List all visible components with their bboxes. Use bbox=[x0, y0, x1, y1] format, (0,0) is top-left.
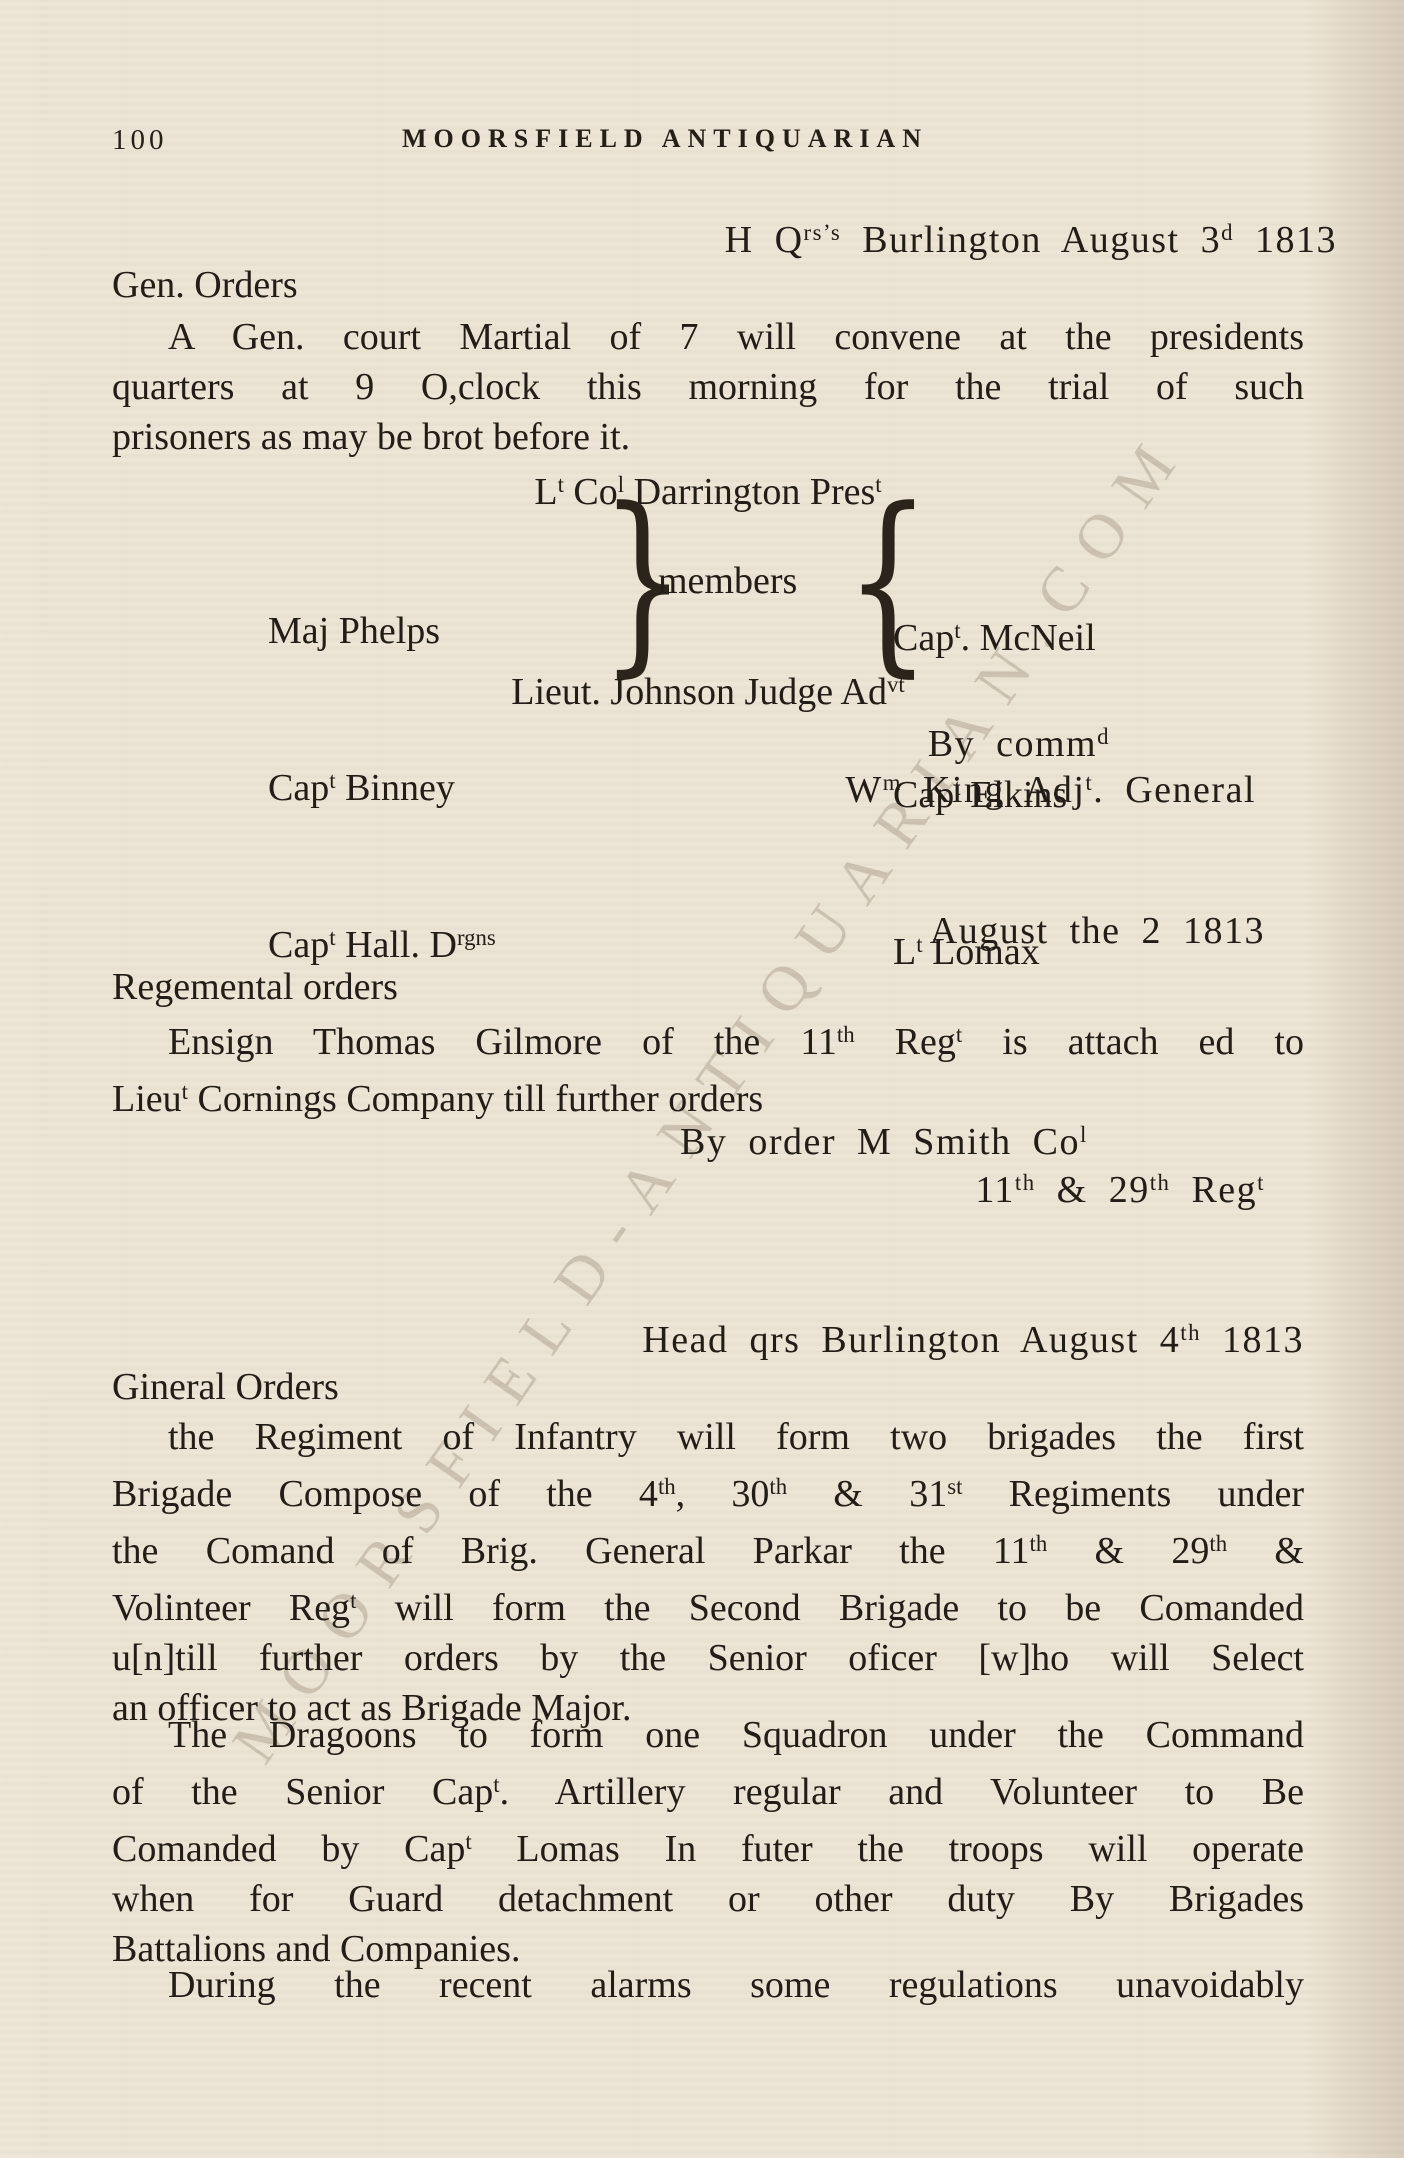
paragraph-line: The Dragoons to form one Squadron under … bbox=[112, 1710, 1304, 1760]
paragraph-line: the Comand of Brig. General Parkar the 1… bbox=[112, 1519, 1304, 1576]
member-name: Maj Phelps bbox=[268, 606, 496, 656]
members-label: members bbox=[658, 556, 797, 606]
paragraph-line: Comanded by Capt Lomas In futer the troo… bbox=[112, 1817, 1304, 1874]
brigade-paragraph: the Regiment of Infantry will form two b… bbox=[112, 1412, 1304, 1733]
paragraph-line: quarters at 9 O,clock this morning for t… bbox=[112, 362, 1304, 412]
paragraph-line: Ensign Thomas Gilmore of the 11th Regt i… bbox=[112, 1010, 1304, 1067]
member-name: Capt Binney bbox=[268, 756, 496, 813]
regimental-orders-heading: Regemental orders bbox=[112, 962, 398, 1012]
paragraph-line: of the Senior Capt. Artillery regular an… bbox=[112, 1760, 1304, 1817]
scanned-book-page: MOORSFIELD-ANTIQUARIAN.COM 100 MOORSFIEL… bbox=[0, 0, 1404, 2158]
court-martial-paragraph: A Gen. court Martial of 7 will convene a… bbox=[112, 312, 1304, 462]
closing-paragraph-line: During the recent alarms some regulation… bbox=[112, 1960, 1304, 2010]
dateline-aug2: August the 2 1813 bbox=[930, 906, 1265, 956]
paragraph-line: Brigade Compose of the 4th, 30th & 31st … bbox=[112, 1462, 1304, 1519]
general-orders-heading: Gen. Orders bbox=[112, 260, 298, 310]
dateline-aug4: Head qrs Burlington August 4th 1813 bbox=[642, 1308, 1304, 1365]
paragraph-line: u[n]till further orders by the Senior of… bbox=[112, 1633, 1304, 1683]
gineral-orders-heading: Gineral Orders bbox=[112, 1362, 339, 1412]
judge-advocate-line: Lieut. Johnson Judge Advt bbox=[112, 660, 1304, 717]
page-number: 100 bbox=[112, 124, 168, 157]
running-head-title: MOORSFIELD ANTIQUARIAN bbox=[402, 124, 928, 154]
dateline-aug3: H Qrs’s Burlington August 3d 1813 bbox=[725, 208, 1337, 265]
paragraph-line: when for Guard detachment or other duty … bbox=[112, 1874, 1304, 1924]
member-name: Capt. McNeil bbox=[893, 606, 1096, 663]
paragraph-line: A Gen. court Martial of 7 will convene a… bbox=[112, 312, 1304, 362]
paragraph-line: prisoners as may be brot before it. bbox=[112, 412, 1304, 462]
dragoons-paragraph: The Dragoons to form one Squadron under … bbox=[112, 1710, 1304, 1974]
adjutant-general-signature: Wm King Adjt. General bbox=[845, 758, 1256, 815]
paragraph-line: Volinteer Regt will form the Second Brig… bbox=[112, 1576, 1304, 1633]
regiments-signature: 11th & 29th Regt bbox=[975, 1158, 1265, 1215]
regimental-paragraph: Ensign Thomas Gilmore of the 11th Regt i… bbox=[112, 1010, 1304, 1124]
paragraph-line: the Regiment of Infantry will form two b… bbox=[112, 1412, 1304, 1462]
